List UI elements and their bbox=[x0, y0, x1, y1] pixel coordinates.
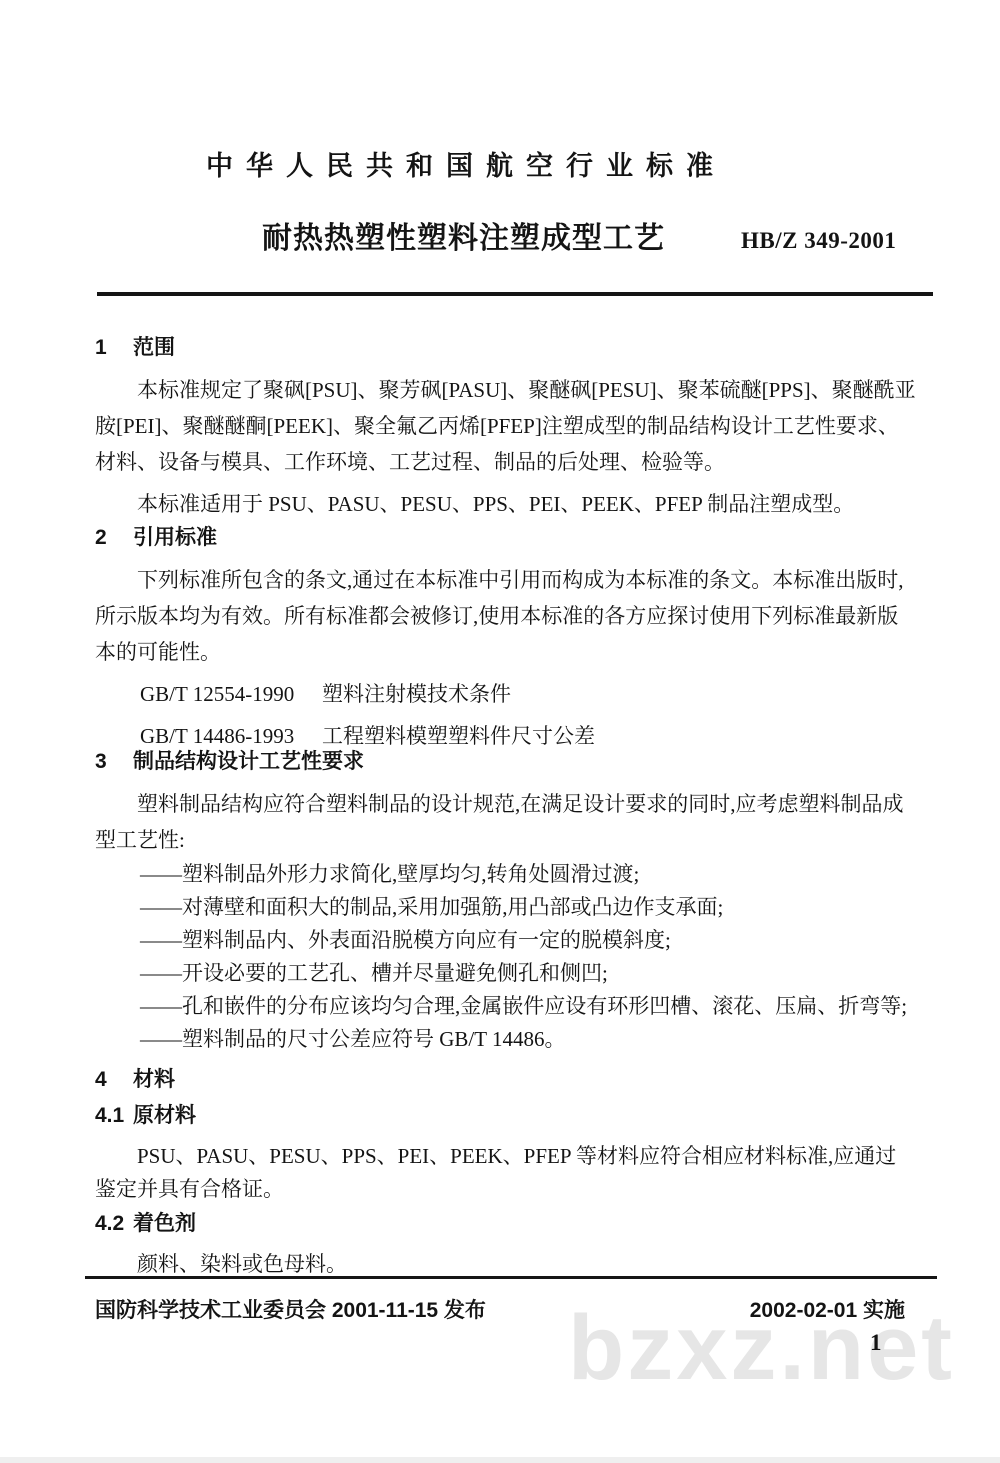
section-1-heading: 1范围 bbox=[95, 330, 917, 366]
section-3-number: 3 bbox=[95, 744, 133, 780]
section-4-number: 4 bbox=[95, 1062, 133, 1098]
page-number: 1 bbox=[870, 1330, 882, 1356]
document-title: 耐热热塑性塑料注塑成型工艺 bbox=[262, 213, 665, 257]
section-4-2-number: 4.2 bbox=[95, 1206, 133, 1242]
reference-name: 塑料注射模技术条件 bbox=[322, 682, 511, 706]
section-2-paragraph-1: 下列标准所包含的条文,通过在本标准中引用而构成为本标准的条文。本标准出版时,所示… bbox=[95, 562, 917, 670]
footer-divider bbox=[85, 1276, 937, 1279]
requirement-item: ——塑料制品外形力求简化,壁厚均匀,转角处圆滑过渡; bbox=[140, 858, 917, 891]
section-4-1-number: 4.1 bbox=[95, 1098, 133, 1134]
section-1-paragraph-2: 本标准适用于 PSU、PASU、PESU、PPS、PEI、PEEK、PFEP 制… bbox=[95, 486, 917, 522]
footer-row: 国防科学技术工业委员会 2001-11-15 发布 2002-02-01 实施 bbox=[95, 1294, 905, 1324]
title-row: 耐热热塑性塑料注塑成型工艺 HB/Z 349-2001 bbox=[262, 213, 896, 257]
section-design-requirements: 3制品结构设计工艺性要求 塑料制品结构应符合塑料制品的设计规范,在满足设计要求的… bbox=[95, 744, 917, 1056]
reference-entry: GB/T 12554-1990塑料注射模技术条件 bbox=[95, 676, 917, 712]
section-4-heading: 4材料 bbox=[95, 1062, 917, 1098]
requirement-list: ——塑料制品外形力求简化,壁厚均匀,转角处圆滑过渡; ——对薄壁和面积大的制品,… bbox=[95, 858, 917, 1056]
standard-org-line: 中华人民共和国航空行业标准 bbox=[206, 144, 726, 183]
section-1-title: 范围 bbox=[133, 336, 175, 359]
standard-number: HB/Z 349-2001 bbox=[741, 228, 896, 254]
section-3-paragraph-1: 塑料制品结构应符合塑料制品的设计规范,在满足设计要求的同时,应考虑塑料制品成型工… bbox=[95, 786, 917, 858]
issue-statement: 国防科学技术工业委员会 2001-11-15 发布 bbox=[95, 1294, 486, 1324]
header-divider bbox=[97, 292, 933, 296]
section-2-heading: 2引用标准 bbox=[95, 520, 917, 556]
section-4-1-paragraph: PSU、PASU、PESU、PPS、PEI、PEEK、PFEP 等材料应符合相应… bbox=[95, 1140, 917, 1206]
section-scope: 1范围 本标准规定了聚砜[PSU]、聚芳砜[PASU]、聚醚砜[PESU]、聚苯… bbox=[95, 330, 917, 522]
requirement-item: ——开设必要的工艺孔、槽并尽量避免侧孔和侧凹; bbox=[140, 957, 917, 990]
implementation-statement: 2002-02-01 实施 bbox=[750, 1294, 905, 1324]
section-4-title: 材料 bbox=[133, 1068, 175, 1091]
section-3-heading: 3制品结构设计工艺性要求 bbox=[95, 744, 917, 780]
requirement-item: ——塑料制品的尺寸公差应符号 GB/T 14486。 bbox=[140, 1023, 917, 1056]
scan-edge-strip bbox=[0, 1457, 1000, 1463]
section-4-1-heading: 4.1原材料 bbox=[95, 1098, 917, 1134]
section-4-2-title: 着色剂 bbox=[133, 1212, 196, 1235]
section-1-paragraph-1: 本标准规定了聚砜[PSU]、聚芳砜[PASU]、聚醚砜[PESU]、聚苯硫醚[P… bbox=[95, 372, 917, 480]
section-2-title: 引用标准 bbox=[133, 526, 217, 549]
section-materials: 4材料 4.1原材料 PSU、PASU、PESU、PPS、PEI、PEEK、PF… bbox=[95, 1062, 917, 1281]
document-page: 中华人民共和国航空行业标准 耐热热塑性塑料注塑成型工艺 HB/Z 349-200… bbox=[0, 0, 1000, 1463]
section-2-number: 2 bbox=[95, 520, 133, 556]
section-references: 2引用标准 下列标准所包含的条文,通过在本标准中引用而构成为本标准的条文。本标准… bbox=[95, 520, 917, 754]
reference-code: GB/T 12554-1990 bbox=[140, 676, 322, 712]
requirement-item: ——塑料制品内、外表面沿脱模方向应有一定的脱模斜度; bbox=[140, 924, 917, 957]
section-4-1-title: 原材料 bbox=[133, 1104, 196, 1127]
requirement-item: ——对薄壁和面积大的制品,采用加强筋,用凸部或凸边作支承面; bbox=[140, 891, 917, 924]
section-3-title: 制品结构设计工艺性要求 bbox=[133, 750, 364, 773]
requirement-item: ——孔和嵌件的分布应该均匀合理,金属嵌件应设有环形凹槽、滚花、压扁、折弯等; bbox=[140, 990, 917, 1023]
section-1-number: 1 bbox=[95, 330, 133, 366]
section-4-2-heading: 4.2着色剂 bbox=[95, 1206, 917, 1242]
